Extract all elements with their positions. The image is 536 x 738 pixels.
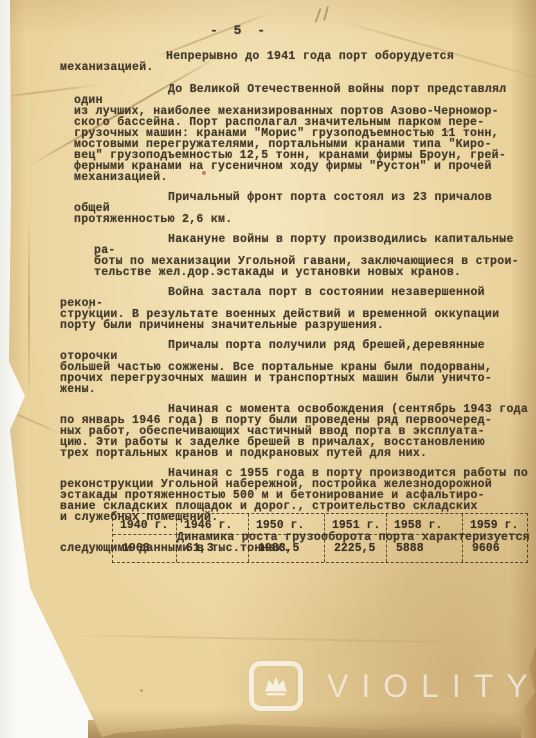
- paragraph-war-damage: Война застала порт в состоянии незаверше…: [60, 287, 532, 331]
- page-number: - 5 -: [210, 23, 269, 38]
- table-value-cell: 5888: [387, 535, 463, 562]
- table-value-cell: 1983,5: [249, 535, 325, 562]
- paragraph-mechanization-until-1941: Непрерывно до 1941 года порт оборудуется…: [60, 51, 532, 73]
- table-header-cell: 1958 г.: [387, 514, 463, 535]
- handwritten-mark: [323, 6, 329, 21]
- paragraph-berth-destruction: Причалы порта получили ряд брешей,деревя…: [60, 340, 532, 395]
- document-page: - 5 - Непрерывно до 1941 года порт обору…: [0, 0, 536, 738]
- table-value-cell: 1963: [113, 535, 177, 562]
- paragraph-liberation-works: Начиная с момента освобождения (сентябрь…: [60, 404, 532, 459]
- paragraph-prewar-port: До Великой Отечественной войны порт пред…: [74, 84, 532, 183]
- table-header-cell: 1951 г.: [325, 514, 387, 535]
- crown-icon: [249, 661, 303, 711]
- table-value-cell: 2225,5: [325, 535, 387, 562]
- paragraph-coal-harbor-works: Накануне войны в порту производились кап…: [94, 234, 532, 278]
- paper-crease: [4, 408, 60, 434]
- violity-watermark: VIOLITY: [249, 661, 536, 711]
- paper-crease: [28, 210, 30, 410]
- table-header-cell: 1946 г.: [177, 514, 249, 535]
- paper-crease: [60, 634, 490, 644]
- table-header-cell: 1950 г.: [249, 514, 325, 535]
- ink-speck: [140, 689, 143, 692]
- paragraph-berth-front: Причальный фронт порта состоял из 23 при…: [74, 192, 532, 225]
- table-header-cell: 1940 г.: [113, 514, 177, 535]
- scanned-document: - 5 - Непрерывно до 1941 года порт обору…: [0, 0, 536, 738]
- document-text: Непрерывно до 1941 года порт оборудуется…: [60, 51, 532, 554]
- watermark-text: VIOLITY: [327, 668, 536, 705]
- table-header-cell: 1959 г.: [463, 514, 527, 535]
- table-value-cell: 61,3: [177, 535, 249, 562]
- cargo-turnover-table: 1940 г. 1946 г. 1950 г. 1951 г. 1958 г. …: [112, 513, 528, 563]
- handwritten-mark: [314, 8, 321, 23]
- table-value-cell: 9606: [463, 535, 527, 562]
